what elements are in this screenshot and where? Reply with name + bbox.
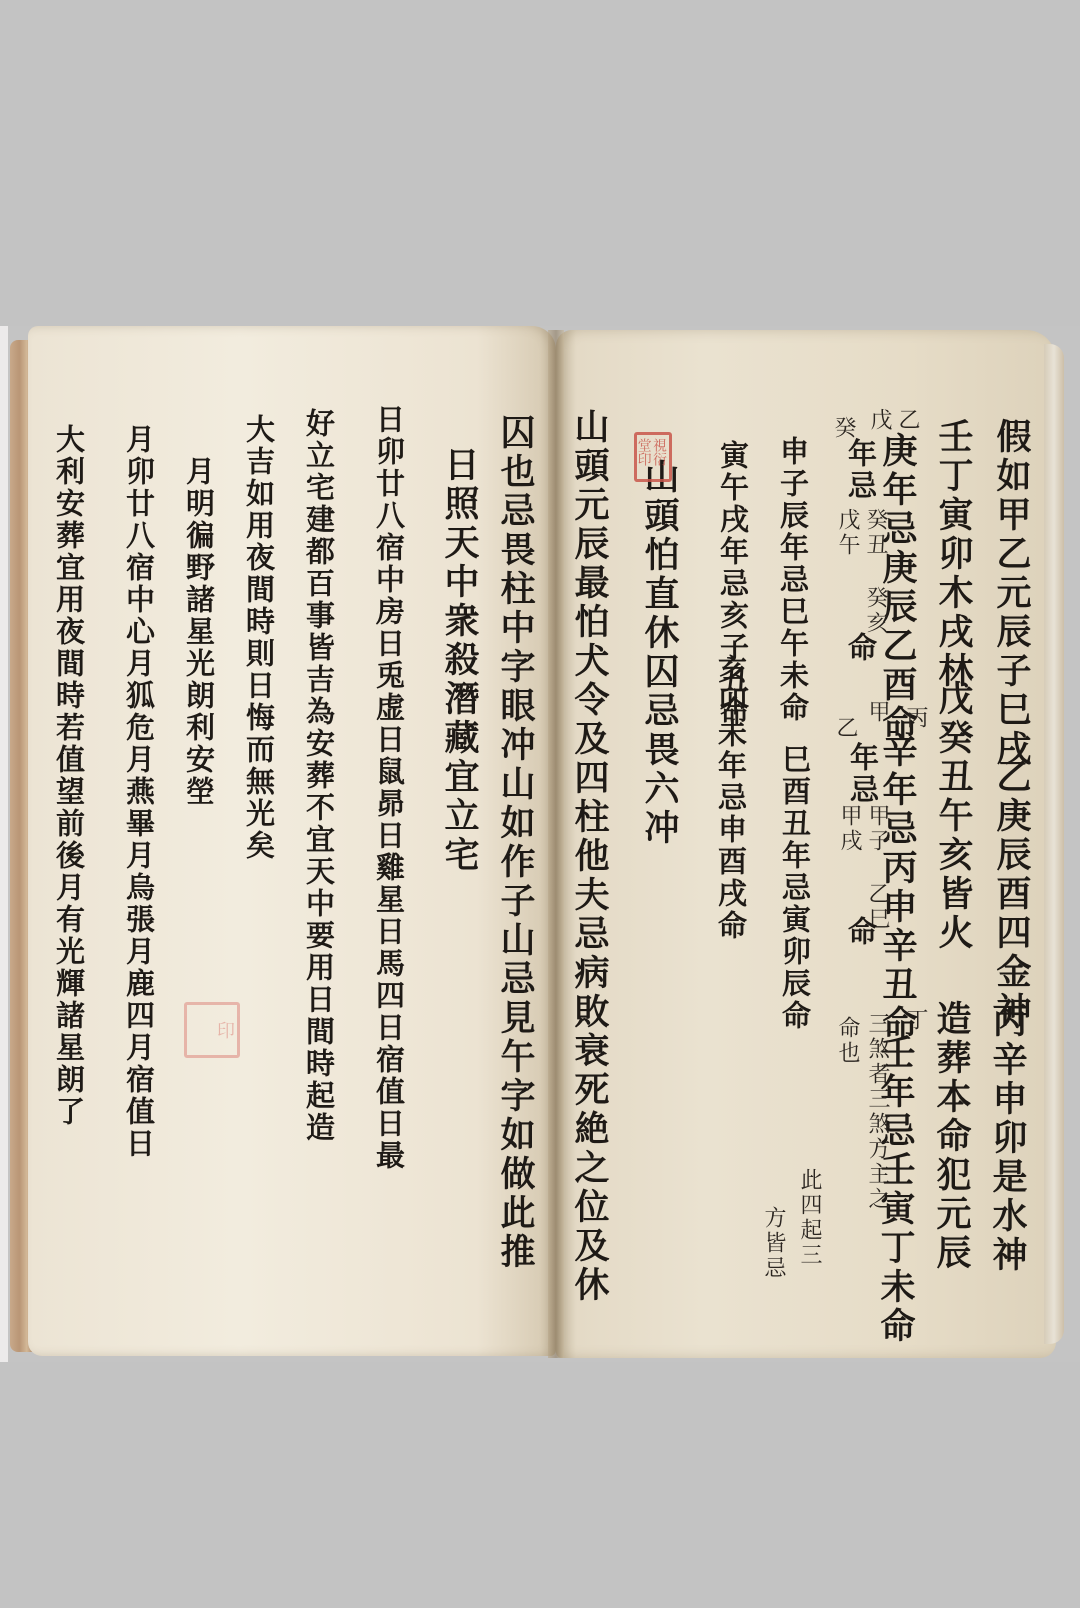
right-col-2-lower: 戊癸丑午亥皆火 [936, 680, 971, 953]
right-col-4-end: 命 [846, 632, 875, 664]
right-col-4-lower-note-a: 甲子 乙巳 [866, 804, 888, 932]
right-col-1-lower: 乙庚辰酉四金神 [994, 758, 1029, 1031]
right-col-5-main: 申子辰年忌巳午未命 [778, 436, 807, 724]
left-col-1-main: 囚也忌畏柱中字眼冲山如作子山忌見午字如做此推 [498, 414, 533, 1272]
right-col-2-bottom: 造葬本命犯元辰 [934, 1000, 969, 1273]
right-col-4-bottom: 三煞者三煞方主之 [866, 1012, 888, 1212]
right-col-7-main: 山頭怕直休囚忌畏六冲 [642, 458, 677, 848]
left-col-2-main: 日照天中衆殺潛藏宜立宅 [442, 446, 477, 875]
background-edge [0, 326, 8, 1362]
right-col-4-main: 年忌 [846, 438, 875, 502]
right-col-3-bottom-note: 丁 [904, 1008, 926, 1033]
right-col-5-lower: 巳酉丑年忌寅卯辰命 [780, 744, 809, 1032]
right-col-4-lower: 年忌 [848, 742, 877, 806]
right-col-1-bottom: 丙辛申卯是水神 [990, 1002, 1025, 1275]
right-col-6-lower: 亥卯未年忌申酉戌命 [716, 654, 745, 942]
left-page-seal: 印 [184, 1002, 240, 1058]
right-col-1-main: 假如甲乙元辰子巳戌 [994, 418, 1029, 769]
background-top [0, 0, 1080, 326]
right-col-4-bottom-end: 命也 [836, 1016, 858, 1066]
background-bottom [0, 1362, 1080, 1608]
right-col-4-lower-note: 甲 [866, 700, 888, 725]
right-col-3-lower-note: 丙 [904, 706, 926, 731]
left-col-6-main: 月明徧野諸星光朗利安塋 [184, 456, 213, 808]
page-stack-right [1044, 344, 1064, 1344]
right-col-4-note-b: 戊午 [836, 508, 858, 558]
right-col-6-bottom: 方皆忌 [762, 1206, 784, 1281]
left-col-7-main: 月卯廿八宿中心月狐危月燕畢月烏張月鹿四月宿值日 [124, 424, 153, 1160]
right-col-4-lower-end: 命 [846, 916, 875, 948]
left-col-8-main: 大利安葬宜用夜間時若值望前後月有光輝諸星朗了 [54, 424, 83, 1128]
right-col-4-lower-note-b: 甲戌 [838, 804, 860, 854]
right-col-2-main: 壬丁寅卯木戌林 [936, 418, 971, 691]
right-col-4-lower-a: 乙 [834, 716, 856, 741]
right-col-8-main: 山頭元辰最怕犬令及四柱他夫忌病敗衰死絶之位及休 [572, 408, 607, 1305]
right-col-4-top-note: 戊 [868, 408, 890, 433]
left-col-3-main: 日卯廿八宿中房日兎虚日鼠昴日雞星日馬四日宿值日最 [374, 404, 403, 1172]
book-gutter [548, 330, 564, 1358]
left-col-4-main: 好立宅建都百事皆吉為安葬不宜天中要用日間時起造 [304, 408, 333, 1144]
open-book [8, 326, 1080, 1362]
right-col-4-note-a: 癸丑 癸亥 [864, 508, 886, 636]
left-col-5-main: 大吉如用夜間時則日悔而無光矣 [244, 414, 273, 862]
right-col-3-top-note: 乙 [896, 408, 918, 433]
right-page-seal: 視衍堂印 [634, 432, 672, 482]
right-col-5-bottom: 此四起三 [798, 1168, 820, 1268]
